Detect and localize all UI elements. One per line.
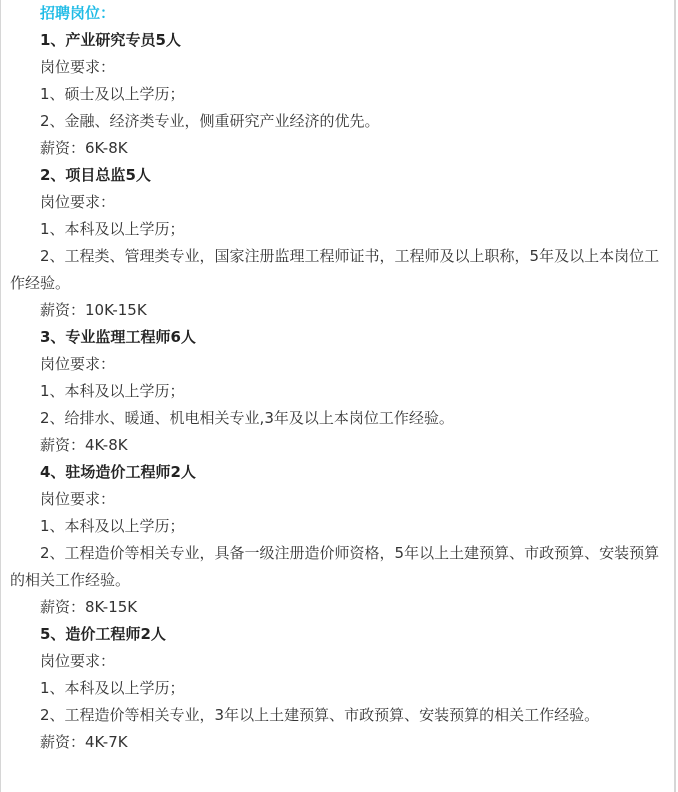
job-2: 2、项目总监5人 岗位要求： 1、本科及以上学历； 2、工程类、管理类专业，国家… [10, 162, 660, 324]
requirements-label: 岗位要求： [10, 189, 660, 216]
requirements-label: 岗位要求： [10, 648, 660, 675]
requirement-item: 1、本科及以上学历； [10, 675, 660, 702]
job-title: 5、造价工程师2人 [10, 621, 660, 648]
salary: 薪资：10K-15K [10, 297, 660, 324]
requirement-item: 2、工程类、管理类专业，国家注册监理工程师证书，工程师及以上职称，5年及以上本岗… [10, 243, 660, 297]
requirement-item: 1、本科及以上学历； [10, 216, 660, 243]
job-title: 4、驻场造价工程师2人 [10, 459, 660, 486]
requirement-item: 1、硕士及以上学历； [10, 81, 660, 108]
salary: 薪资：8K-15K [10, 594, 660, 621]
job-title: 1、产业研究专员5人 [10, 27, 660, 54]
job-3: 3、专业监理工程师6人 岗位要求： 1、本科及以上学历； 2、给排水、暖通、机电… [10, 324, 660, 459]
requirement-item: 2、金融、经济类专业，侧重研究产业经济的优先。 [10, 108, 660, 135]
salary: 薪资：4K-8K [10, 432, 660, 459]
requirements-label: 岗位要求： [10, 486, 660, 513]
job-1: 1、产业研究专员5人 岗位要求： 1、硕士及以上学历； 2、金融、经济类专业，侧… [10, 27, 660, 162]
requirements-label: 岗位要求： [10, 351, 660, 378]
job-listing-content: 招聘岗位： 1、产业研究专员5人 岗位要求： 1、硕士及以上学历； 2、金融、经… [10, 0, 660, 756]
requirement-item: 1、本科及以上学历； [10, 378, 660, 405]
job-title: 2、项目总监5人 [10, 162, 660, 189]
salary: 薪资：4K-7K [10, 729, 660, 756]
job-title: 3、专业监理工程师6人 [10, 324, 660, 351]
requirement-item: 2、工程造价等相关专业，具备一级注册造价师资格，5年以上土建预算、市政预算、安装… [10, 540, 660, 594]
requirement-item: 1、本科及以上学历； [10, 513, 660, 540]
section-title: 招聘岗位： [10, 0, 660, 27]
requirements-label: 岗位要求： [10, 54, 660, 81]
requirement-item: 2、工程造价等相关专业，3年以上土建预算、市政预算、安装预算的相关工作经验。 [10, 702, 660, 729]
salary: 薪资：6K-8K [10, 135, 660, 162]
job-4: 4、驻场造价工程师2人 岗位要求： 1、本科及以上学历； 2、工程造价等相关专业… [10, 459, 660, 621]
job-5: 5、造价工程师2人 岗位要求： 1、本科及以上学历； 2、工程造价等相关专业，3… [10, 621, 660, 756]
requirement-item: 2、给排水、暖通、机电相关专业,3年及以上本岗位工作经验。 [10, 405, 660, 432]
